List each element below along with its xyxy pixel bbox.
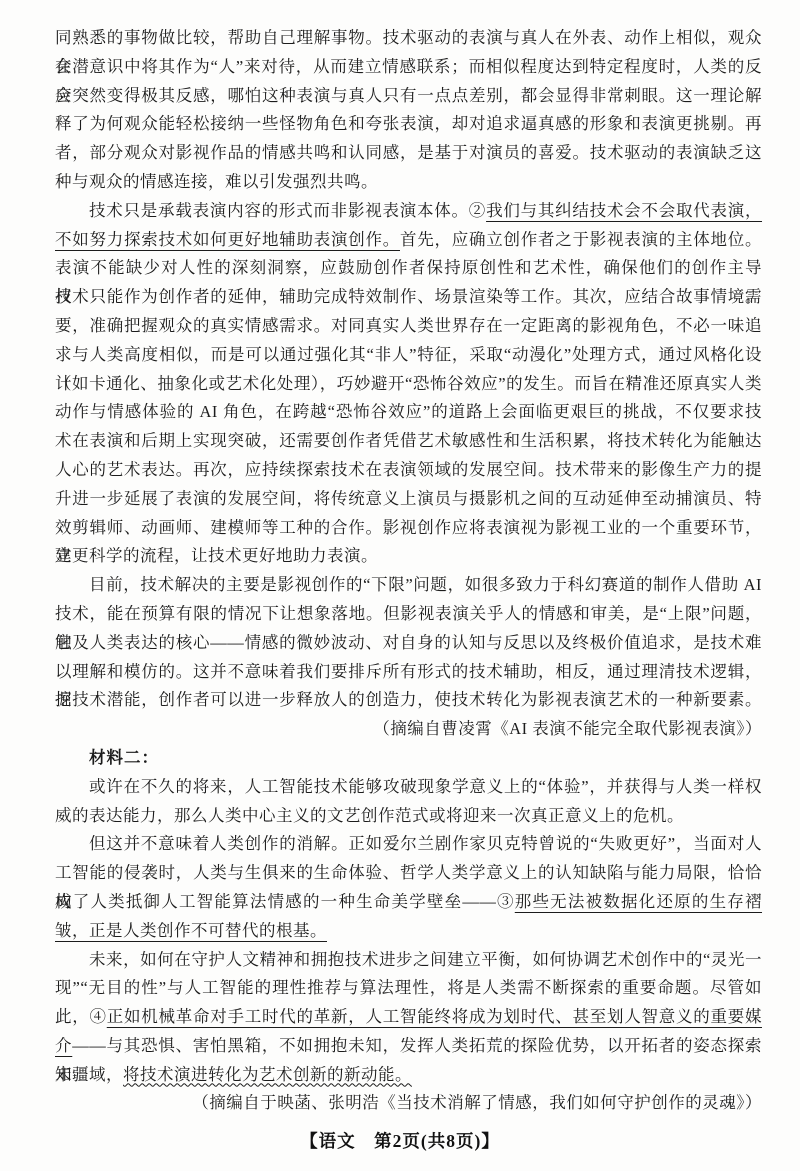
text-line: 同熟悉的事物做比较，帮助自己理解事物。技术驱动的表演与真人在外表、动作上相似，观… [55,24,762,53]
text-line: 在潜意识中将其作为“人”来对待，从而建立情感联系；而相似程度达到特定程度时，人类… [55,53,762,82]
text-line: 触及人类表达的核心——情感的微妙波动、对自身的认知与反思以及终极价值追求，是技术… [55,629,762,658]
text-segment: 知疆域， [55,1065,123,1084]
text-segment: 掘技术潜能，创作者可以进一步释放人的创造力，使技术转化为影视表演艺术的一种新要素… [55,690,762,709]
text-segment: （摘编自曹凌霄《AI 表演不能完全取代影视表演》） [373,719,762,738]
text-line: 技术，能在预算有限的情况下让想象落地。但影视表演关乎人的情感和审美，是“上限”问… [55,600,762,629]
text-segment: 人心的艺术表达。再次，应持续探索技术在表演领域的发展空间。技术带来的影像生产力的… [55,460,762,479]
text-segment: 未来，如何在守护人文精神和拥抱技术进步之间建立平衡，如何协调艺术创作中的“灵光一 [89,950,762,969]
text-segment: 释了为何观众能轻松接纳一些怪物角色和夸张表演，却对追求逼真感的形象和表演更挑剔。… [55,114,762,133]
wavy-underlined-text: 将技术演进转化为艺术创新的新动能。 [123,1065,412,1084]
text-segment: 触及人类表达的核心——情感的微妙波动、对自身的认知与反思以及终极价值追求，是技术… [55,633,762,652]
text-line: 威的表达能力，那么人类中心主义的文艺创作范式或将迎来一次真正意义上的危机。 [55,802,762,831]
text-line: 此，④正如机械革命对手工时代的革新，人工智能终将成为划时代、甚至划人智意义的重要… [55,1003,762,1032]
text-line: 以理解和模仿的。这并不意味着我们要排斥所有形式的技术辅助，相反，通过理清技术逻辑… [55,658,762,687]
text-segment: 者，部分观众对影视作品的情感共鸣和认同感，是基于对演员的喜爱。技术驱动的表演缺乏… [55,143,762,162]
text-segment: 术在表演和后期上实现突破，还需要创作者凭借艺术敏感性和生活积累，将技术转化为能触… [55,431,762,450]
text-line: 术在表演和后期上实现突破，还需要创作者凭借艺术敏感性和生活积累，将技术转化为能触… [55,427,762,456]
text-segment: 技术只能作为创作者的延伸，辅助完成特效制作、场景渲染等工作。其次，应结合故事情境… [55,287,762,306]
text-line: 皱，正是人类创作不可替代的根基。 [55,917,762,946]
text-segment: 威的表达能力，那么人类中心主义的文艺创作范式或将迎来一次真正意义上的危机。 [55,806,684,825]
text-line: 要，准确把握观众的真实情感需求。对同真实人类世界存在一定距离的影视角色，不必一味… [55,312,762,341]
text-line: 效剪辑师、动画师、建模师等工种的合作。影视创作应将表演视为影视工业的一个重要环节… [55,514,762,543]
text-segment: 此，④ [55,1007,107,1026]
text-segment: 动作与情感体验的 AI 角色，在跨越“恐怖谷效应”的道路上会面临更艰巨的挑战，不… [55,402,762,421]
underlined-text: 正如机械革命对手工时代的革新，人工智能终将成为划时代、甚至划人智意义的重要媒 [107,1007,762,1026]
text-line: 介——与其恐惧、害怕黑箱，不如拥抱未知，发挥人类拓荒的探险优势，以开拓者的姿态探… [55,1032,762,1061]
text-line: 人心的艺术表达。再次，应持续探索技术在表演领域的发展空间。技术带来的影像生产力的… [55,456,762,485]
document-body: 同熟悉的事物做比较，帮助自己理解事物。技术驱动的表演与真人在外表、动作上相似，观… [55,24,762,1118]
section-heading: 材料二： [55,744,762,773]
attribution-line: （摘编自于映菡、张明浩《当技术消解了情感，我们如何守护创作的灵魂》） [55,1089,762,1118]
text-line: 会突然变得极其反感，哪怕这种表演与真人只有一点点差别，都会显得非常刺眼。这一理论… [55,82,762,111]
text-line: 技术只是承载表演内容的形式而非影视表演本体。②我们与其纠结技术会不会取代表演， [55,197,762,226]
text-line: 求与人类高度相似，而是可以通过强化其“非人”特征，采取“动漫化”处理方式，通过风… [55,341,762,370]
text-line: 动作与情感体验的 AI 角色，在跨越“恐怖谷效应”的道路上会面临更艰巨的挑战，不… [55,398,762,427]
text-segment: 会突然变得极其反感，哪怕这种表演与真人只有一点点差别，都会显得非常刺眼。这一理论… [55,86,762,105]
text-line: 者，部分观众对影视作品的情感共鸣和认同感，是基于对演员的喜爱。技术驱动的表演缺乏… [55,139,762,168]
text-segment: 立更科学的流程，让技术更好地助力表演。 [55,546,378,565]
text-line: （如卡通化、抽象化或艺术化处理），巧妙避开“恐怖谷效应”的发生。而旨在精准还原真… [55,370,762,399]
text-line: 种与观众的情感连接，难以引发强烈共鸣。 [55,168,762,197]
text-segment: 但这并不意味着人类创作的消解。正如爱尔兰剧作家贝克特曾说的“失败更好”，当面对人 [89,834,762,853]
text-segment: 材料二： [89,748,159,767]
text-line: 或许在不久的将来，人工智能技术能够攻破现象学意义上的“体验”，并获得与人类一样权 [55,773,762,802]
text-line: 释了为何观众能轻松接纳一些怪物角色和夸张表演，却对追求逼真感的形象和表演更挑剔。… [55,110,762,139]
text-segment: 成了人类抵御人工智能算法情感的一种生命美学壁垒——③ [55,892,515,911]
text-segment: 升进一步延展了表演的发展空间，将传统意义上演员与摄影机之间的互动延伸至动捕演员、… [55,489,762,508]
text-segment: 种与观众的情感连接，难以引发强烈共鸣。 [55,172,378,191]
text-line: 未来，如何在守护人文精神和拥抱技术进步之间建立平衡，如何协调艺术创作中的“灵光一 [55,946,762,975]
text-line: 掘技术潜能，创作者可以进一步释放人的创造力，使技术转化为影视表演艺术的一种新要素… [55,686,762,715]
underlined-text: 介 [55,1036,72,1055]
text-line: 立更科学的流程，让技术更好地助力表演。 [55,542,762,571]
text-line: 技术只能作为创作者的延伸，辅助完成特效制作、场景渲染等工作。其次，应结合故事情境… [55,283,762,312]
text-line: 成了人类抵御人工智能算法情感的一种生命美学壁垒——③那些无法被数据化还原的生存褶 [55,888,762,917]
text-segment: 现”“无目的性”与人工智能的理性推荐与算法理性，将是人类需不断探索的重要命题。尽… [55,978,762,997]
underlined-text: 不如努力探索技术如何更好地辅助表演创作。 [55,230,400,249]
text-segment: 目前，技术解决的主要是影视创作的“下限”问题，如很多致力于科幻赛道的制作人借助 … [89,575,762,594]
text-line: 知疆域，将技术演进转化为艺术创新的新动能。 [55,1061,762,1090]
text-segment: 技术只是承载表演内容的形式而非影视表演本体。② [89,201,486,220]
exam-page-scan: { "document": { "lines": [ {"role":"body… [0,0,800,1171]
text-line: 现”“无目的性”与人工智能的理性推荐与算法理性，将是人类需不断探索的重要命题。尽… [55,974,762,1003]
text-segment: （如卡通化、抽象化或艺术化处理），巧妙避开“恐怖谷效应”的发生。而旨在精准还原真… [55,374,762,393]
text-line: 但这并不意味着人类创作的消解。正如爱尔兰剧作家贝克特曾说的“失败更好”，当面对人 [55,830,762,859]
text-segment: 或许在不久的将来，人工智能技术能够攻破现象学意义上的“体验”，并获得与人类一样权 [89,777,762,796]
text-line: 升进一步延展了表演的发展空间，将传统意义上演员与摄影机之间的互动延伸至动捕演员、… [55,485,762,514]
underlined-text: 皱，正是人类创作不可替代的根基。 [55,921,327,940]
text-segment: （摘编自于映菡、张明浩《当技术消解了情感，我们如何守护创作的灵魂》） [192,1093,762,1112]
underlined-text: 那些无法被数据化还原的生存褶 [515,892,762,911]
page-footer: 【语文 第2页(共8页)】 [0,1128,800,1153]
text-line: 不如努力探索技术如何更好地辅助表演创作。首先，应确立创作者之于影视表演的主体地位… [55,226,762,255]
text-line: 工智能的侵袭时，人类与生俱来的生命体验、哲学人类学意义上的认知缺陷与能力局限，恰… [55,859,762,888]
text-segment: 首先，应确立创作者之于影视表演的主体地位。 [400,230,762,249]
underlined-text: 我们与其纠结技术会不会取代表演， [486,201,762,220]
text-segment: 要，准确把握观众的真实情感需求。对同真实人类世界存在一定距离的影视角色，不必一味… [55,316,762,335]
text-line: 表演不能缺少对人性的深刻洞察，应鼓励创作者保持原创性和艺术性，确保他们的创作主导… [55,254,762,283]
attribution-line: （摘编自曹凌霄《AI 表演不能完全取代影视表演》） [55,715,762,744]
text-line: 目前，技术解决的主要是影视创作的“下限”问题，如很多致力于科幻赛道的制作人借助 … [55,571,762,600]
